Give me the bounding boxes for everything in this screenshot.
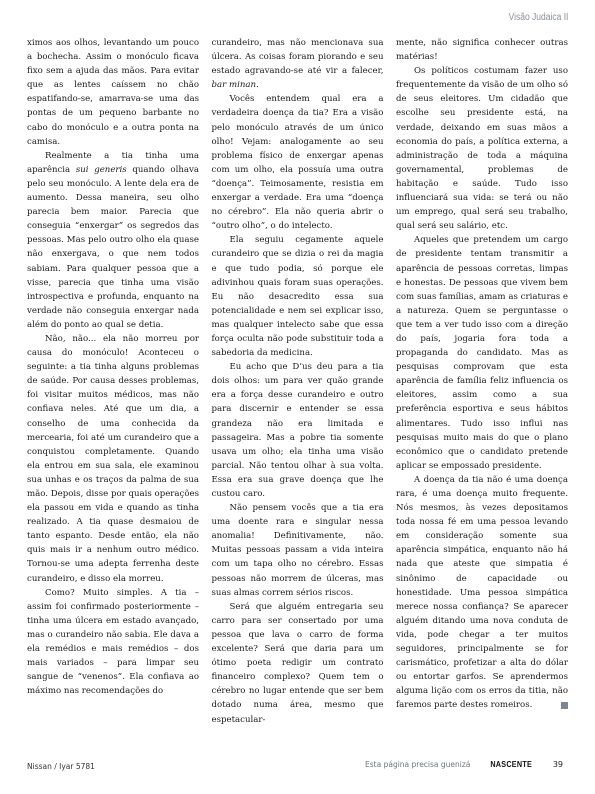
paragraph: Ela seguiu cegamente aquele curandeiro q…	[212, 233, 384, 360]
text-run: mente, não significa conhecer outras mat…	[396, 38, 568, 62]
text-run: Como? Muito simples. A tia – assim foi c…	[27, 588, 199, 697]
paragraph: Realmente a tia tinha uma aparência sui …	[27, 149, 199, 332]
paragraph: Não pensem vocês que a tia era uma doent…	[212, 501, 384, 600]
paragraph: mente, não significa conhecer outras mat…	[396, 36, 568, 64]
paragraph: Não, não... ela não morreu por causa do …	[27, 332, 199, 586]
column-2: curandeiro, mas não mencionava sua úlcer…	[212, 36, 384, 726]
text-run: Não pensem vocês que a tia era uma doent…	[212, 503, 384, 598]
text-run: Ela seguiu cegamente aquele curandeiro q…	[212, 235, 384, 358]
article-body: ximos aos olhos, levantando um pouco a b…	[27, 36, 568, 726]
page-number: 39	[553, 760, 563, 769]
column-3: mente, não significa conhecer outras mat…	[396, 36, 568, 726]
footer-right: Esta página precisa guenizá NASCENTE 39	[365, 760, 563, 769]
paragraph: Vocês entendem qual era a verdadeira doe…	[212, 92, 384, 233]
paragraph: Como? Muito simples. A tia – assim foi c…	[27, 586, 199, 699]
paragraph: ximos aos olhos, levantando um pouco a b…	[27, 36, 199, 149]
paragraph: A doença da tia não é uma doença rara, é…	[396, 473, 568, 713]
genizah-note: Esta página precisa guenizá	[365, 760, 470, 769]
end-of-article-square-icon	[561, 702, 568, 709]
paragraph: curandeiro, mas não mencionava sua úlcer…	[212, 36, 384, 92]
text-run: Os políticos costumam fazer uso frequent…	[396, 66, 568, 231]
text-run: .	[256, 80, 259, 90]
column-1: ximos aos olhos, levantando um pouco a b…	[27, 36, 199, 726]
text-run: A doença da tia não é uma doença rara, é…	[396, 475, 568, 711]
text-run: Vocês entendem qual era a verdadeira doe…	[212, 94, 384, 231]
text-run: Será que alguém entregaria seu carro par…	[212, 602, 384, 725]
text-run: Aqueles que pretendem um cargo de presid…	[396, 235, 568, 471]
paragraph: Eu acho que D’us deu para a tia dois olh…	[212, 360, 384, 501]
text-run: ximos aos olhos, levantando um pouco a b…	[27, 38, 199, 147]
text-run: Eu acho que D’us deu para a tia dois olh…	[212, 362, 384, 499]
running-head-title: Visão Judaica II	[508, 12, 568, 23]
italic-phrase: bar minan	[212, 80, 257, 90]
issue-label: Nissan / Iyar 5781	[27, 762, 95, 771]
text-run: quando olhava pelo seu monóculo. A lente…	[27, 165, 199, 330]
text-run: Não, não... ela não morreu por causa do …	[27, 334, 199, 584]
nascente-logo: NASCENTE	[491, 760, 533, 769]
paragraph: Aqueles que pretendem um cargo de presid…	[396, 233, 568, 473]
text-run: curandeiro, mas não mencionava sua úlcer…	[212, 38, 384, 76]
paragraph: Os políticos costumam fazer uso frequent…	[396, 64, 568, 233]
paragraph: Será que alguém entregaria seu carro par…	[212, 600, 384, 727]
italic-phrase: sui generis	[76, 165, 127, 175]
